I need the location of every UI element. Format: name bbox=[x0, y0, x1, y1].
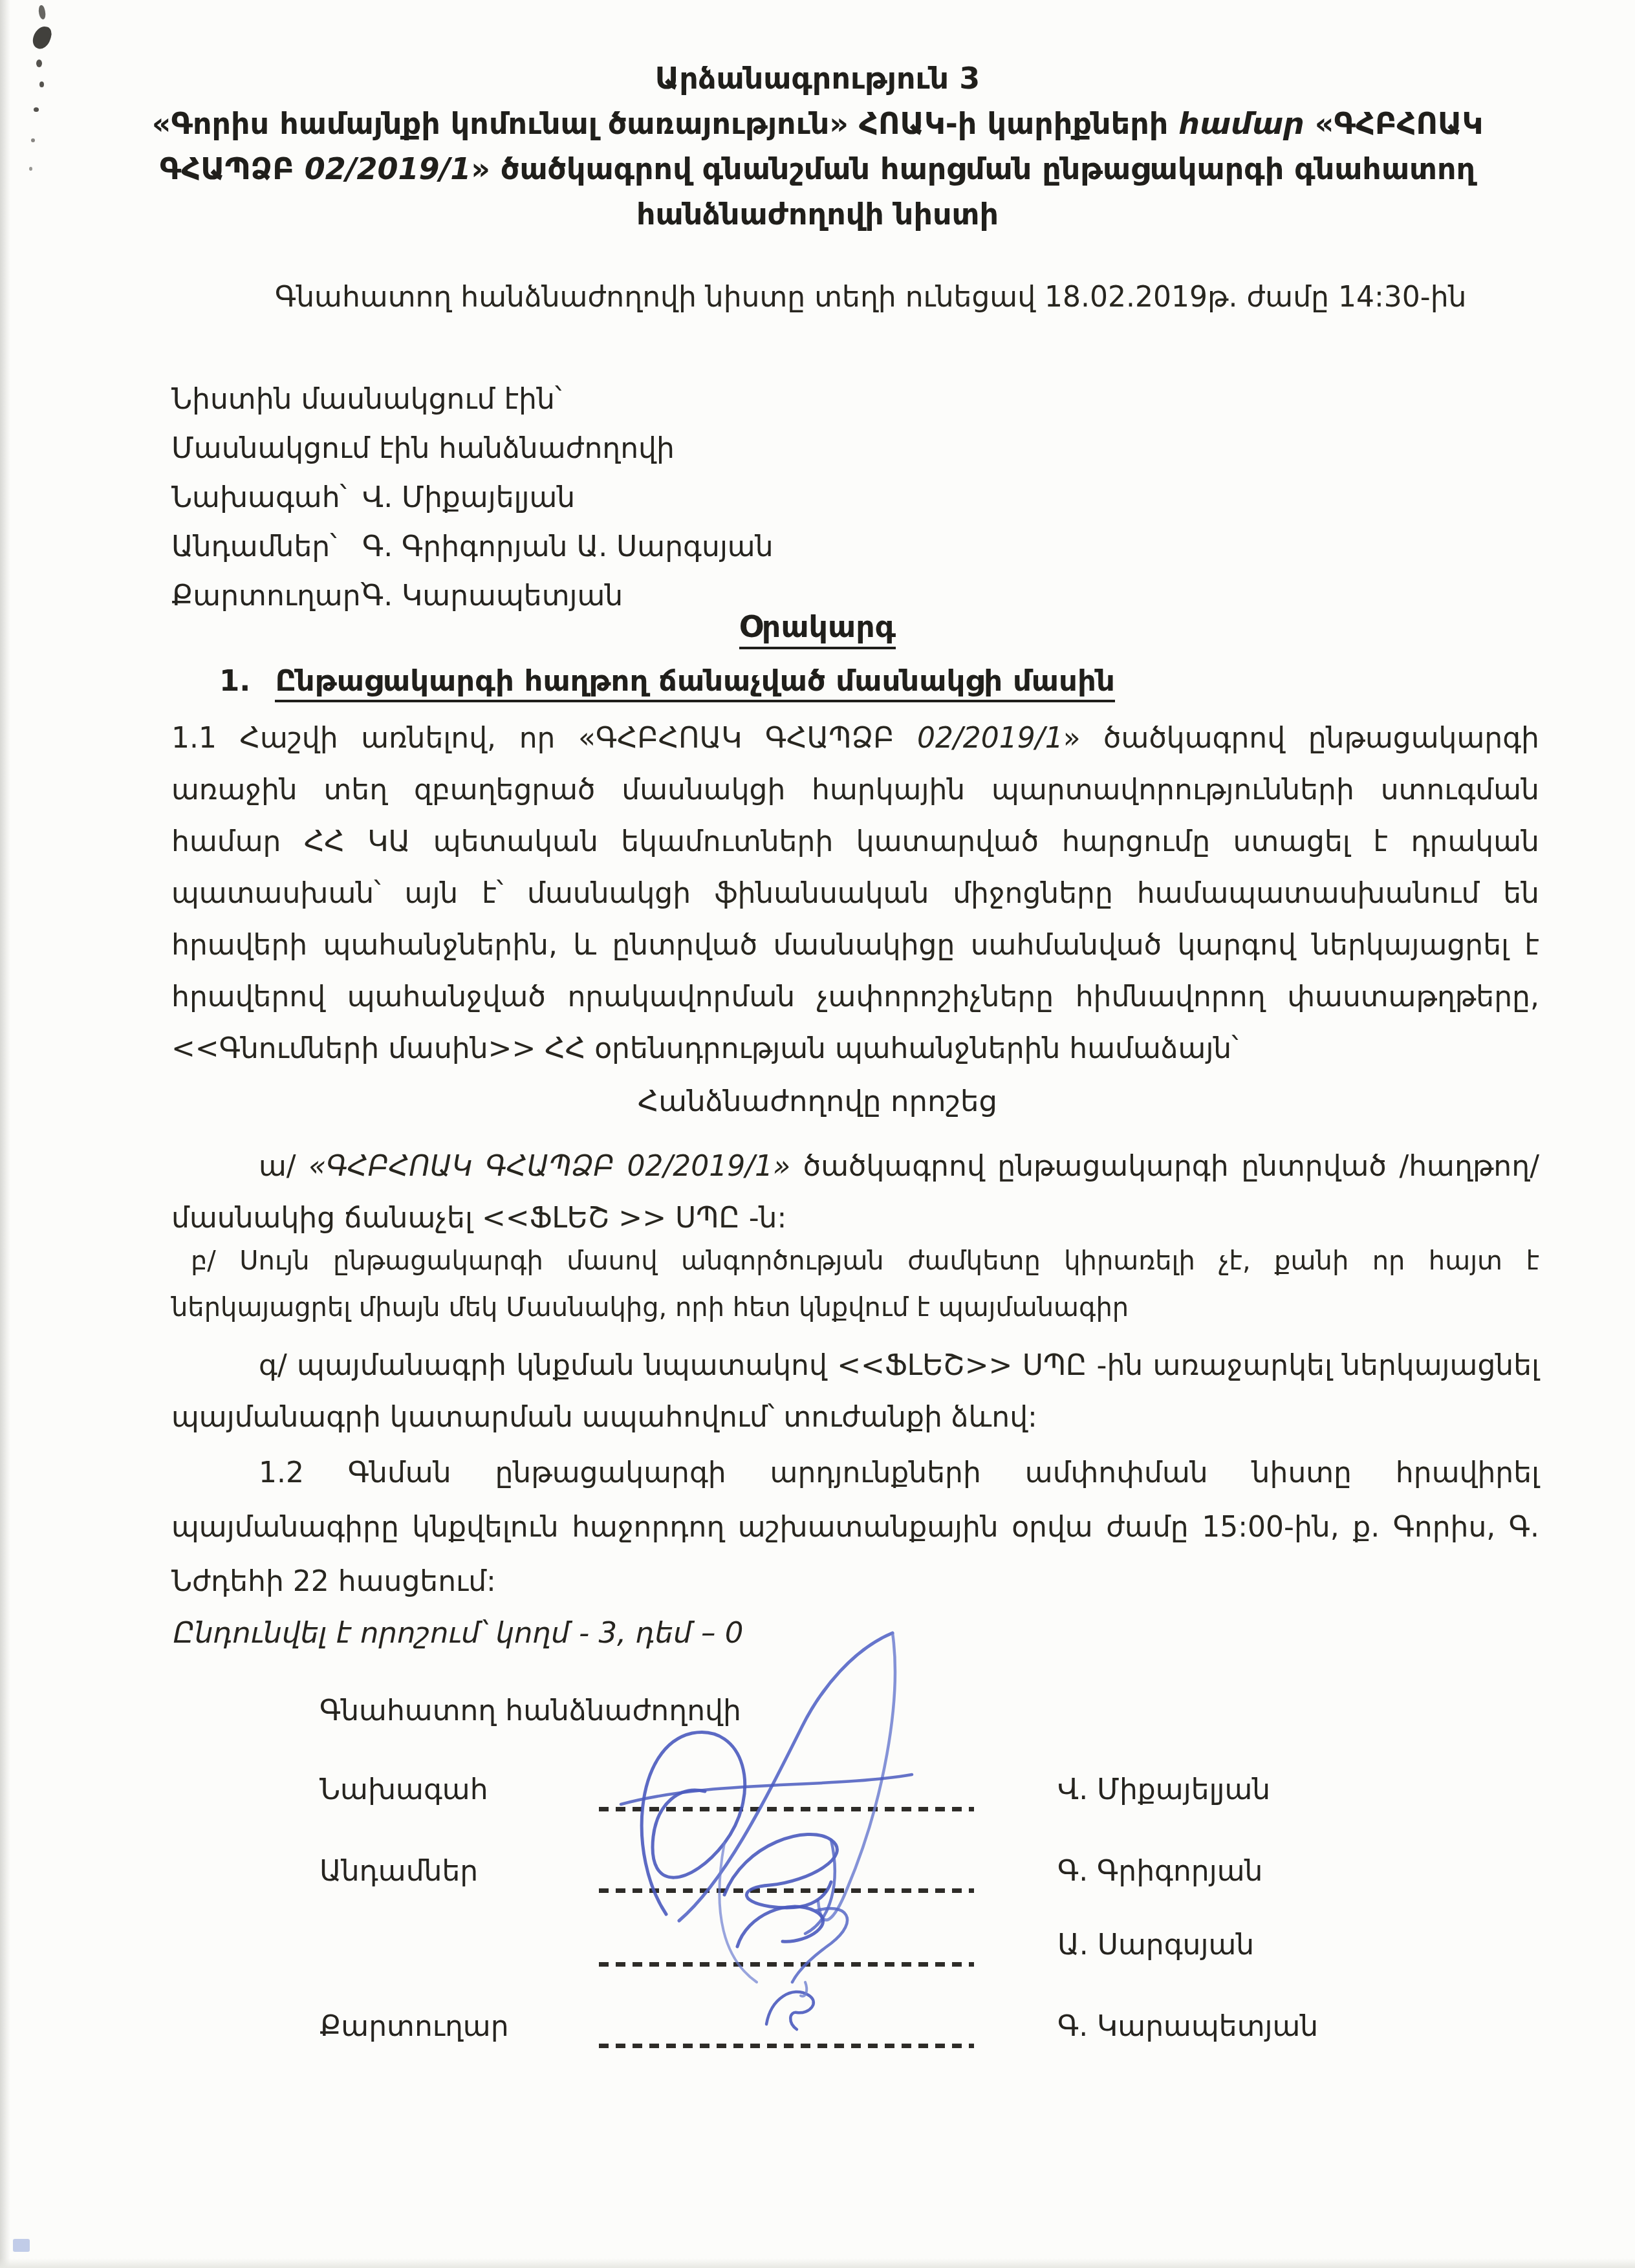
document-title: Արձանագրություն 3 «Գորիս համայնքի կոմուն… bbox=[65, 56, 1570, 237]
agenda-heading: Օրակարգ bbox=[65, 609, 1570, 644]
title-line-1: Արձանագրություն 3 bbox=[65, 56, 1570, 101]
title-line-2: «Գորիս համայնքի կոմունալ ծառայություն» Հ… bbox=[65, 101, 1570, 146]
attendee-name: Վ. Միքայելյան bbox=[362, 473, 575, 523]
ink-speck bbox=[31, 138, 35, 142]
clause-1-1: 1.1 Հաշվի առնելով, որ «ԳՀԲՀՈԱԿ ԳՀԱՊՁԲ 02… bbox=[171, 713, 1539, 1075]
procurement-code-italic: 02/2019/1 bbox=[917, 722, 1063, 755]
title-line-3: ԳՀԱՊՁԲ 02/2019/1» ծածկագրով գնանշման հար… bbox=[65, 146, 1570, 191]
attendee-name: Գ. Գրիգորյան Ա. Սարգսյան bbox=[362, 523, 774, 572]
meeting-date-line: Գնահատող հանձնաժողովի նիստը տեղի ունեցավ… bbox=[275, 272, 1568, 323]
signature-role: Նախագահ bbox=[319, 1773, 488, 1806]
decision-point-a: ա/ «ԳՀԲՀՈԱԿ ԳՀԱՊՁԲ 02/2019/1» ծածկագրով … bbox=[171, 1141, 1539, 1244]
signature-secretary-ink bbox=[766, 1992, 814, 2029]
ink-speck bbox=[34, 107, 39, 112]
signature-member2-ink bbox=[792, 1908, 847, 1982]
agenda-item-number: 1. bbox=[219, 664, 250, 698]
ink-speck bbox=[39, 81, 44, 87]
ink-smudge bbox=[38, 5, 47, 20]
scan-edge-bottom bbox=[0, 2258, 1635, 2268]
decision-point-b: բ/ Սույն ընթացակարգի մասով անգործության … bbox=[171, 1238, 1539, 1331]
signature-member1-ink bbox=[724, 1834, 837, 1908]
scan-edge-left bbox=[0, 0, 10, 2268]
attendees-intro-2: Մասնակցում էին հանձնաժողովի bbox=[171, 424, 1336, 473]
decision-point-g: գ/ պայմանագրի կնքման նպատակով <<ՖԼԵՇ>> Ս… bbox=[171, 1340, 1539, 1443]
title-line-2-italic: համար bbox=[1178, 106, 1304, 141]
ink-speck bbox=[29, 167, 32, 171]
title-line-4: հանձնաժողովի նիստի bbox=[65, 191, 1570, 237]
agenda-item-text: Ընթացակարգի հաղթող ճանաչված մասնակցի մաս… bbox=[275, 664, 1114, 702]
attendee-row: Նախագահ՝ Վ. Միքայելյան bbox=[171, 473, 1336, 523]
signature-chairman-ink bbox=[621, 1775, 912, 1804]
agenda-item-1: 1.Ընթացակարգի հաղթող ճանաչված մասնակցի մ… bbox=[219, 664, 1545, 698]
attendees-block: Նիստին մասնակցում էին՝ Մասնակցում էին հա… bbox=[171, 375, 1336, 621]
attendee-role: Անդամներ՝ bbox=[171, 523, 362, 572]
signature-role: Քարտուղար bbox=[319, 2010, 509, 2043]
signature-name: Վ. Միքայելյան bbox=[1057, 1773, 1270, 1806]
signature-member2-ink bbox=[737, 1906, 823, 1947]
attendee-row: Անդամներ՝ Գ. Գրիգորյան Ա. Սարգսյան bbox=[171, 523, 1336, 572]
attendees-intro-1: Նիստին մասնակցում էին՝ bbox=[171, 375, 1336, 424]
clause-1-2: 1.2 Գնման ընթացակարգի արդյունքների ամփոփ… bbox=[171, 1446, 1539, 1609]
ink-smudge bbox=[30, 24, 54, 51]
signature-name: Գ. Գրիգորյան bbox=[1057, 1855, 1262, 1888]
decision-heading: Հանձնաժողովը որոշեց bbox=[65, 1084, 1570, 1118]
signature-name: Գ. Կարապետյան bbox=[1057, 2010, 1318, 2043]
signature-ink-layer bbox=[530, 1610, 1022, 2115]
scanned-protocol-page: Արձանագրություն 3 «Գորիս համայնքի կոմուն… bbox=[0, 0, 1635, 2268]
title-line-3-italic: 02/2019/1 bbox=[305, 151, 471, 186]
signature-name: Ա. Սարգսյան bbox=[1057, 1928, 1254, 1961]
blue-corner-mark bbox=[13, 2239, 30, 2252]
attendee-role: Նախագահ՝ bbox=[171, 473, 362, 523]
signature-chairman-ink bbox=[818, 1633, 895, 1920]
procurement-code-italic: «ԳՀԲՀՈԱԿ ԳՀԱՊՁԲ 02/2019/1» bbox=[309, 1150, 790, 1183]
ink-speck bbox=[36, 59, 42, 67]
signature-chairman-ink bbox=[679, 1633, 893, 1921]
signature-role: Անդամներ bbox=[319, 1855, 478, 1888]
